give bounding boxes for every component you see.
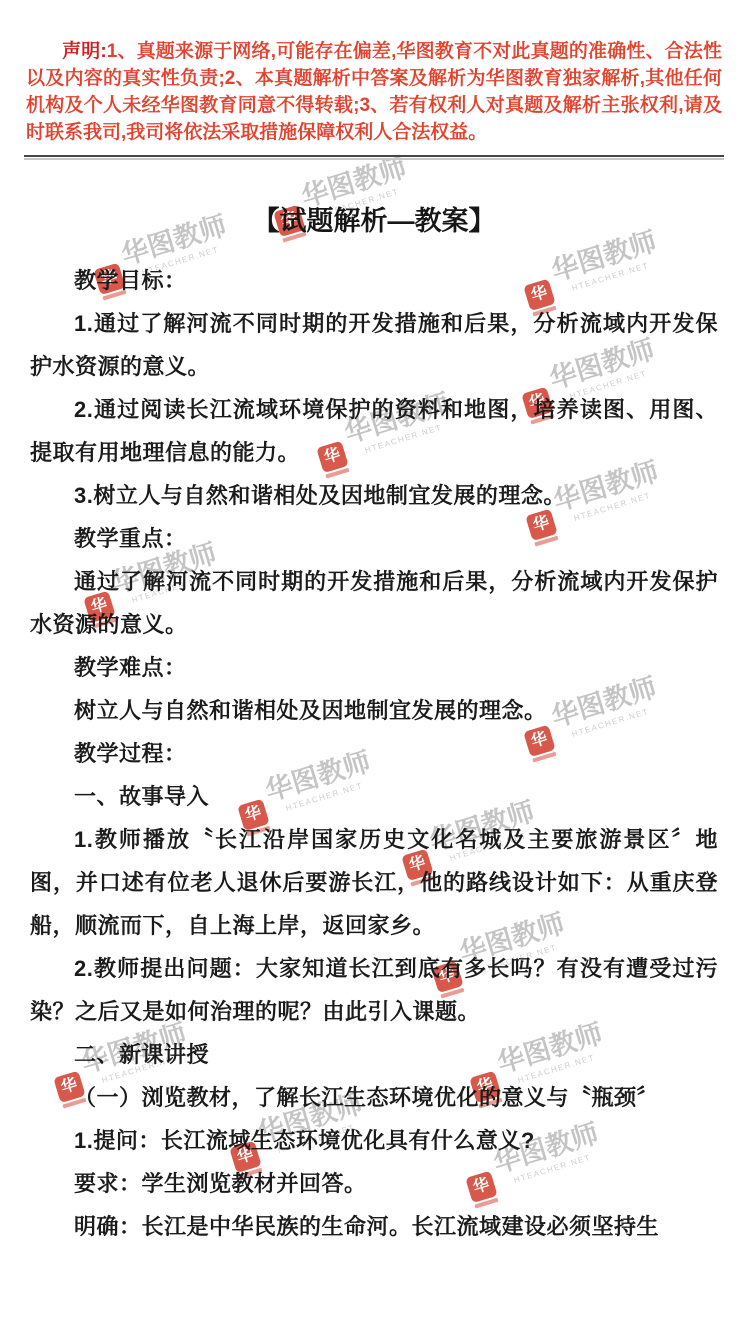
paragraph: 1.通过了解河流不同时期的开发措施和后果，分析流域内开发保护水资源的意义。 (30, 302, 718, 388)
paragraph: 2.通过阅读长江流域环境保护的资料和地图，培养读图、用图、提取有用地理信息的能力… (30, 388, 718, 474)
paragraph: 要求：学生浏览教材并回答。 (30, 1162, 718, 1205)
paragraph: 2.教师提出问题：大家知道长江到底有多长吗？有没有遭受过污染？之后又是如何治理的… (30, 947, 718, 1033)
divider-line (24, 155, 724, 157)
paragraph: （一）浏览教材，了解长江生态环境优化的意义与〝瓶颈〞 (30, 1076, 718, 1119)
page: { "page": { "disclaimer": { "label": "声明… (0, 0, 748, 1335)
disclaimer-label: 声明: (62, 41, 107, 62)
heading-teaching-key-points: 教学重点： (30, 517, 718, 560)
paragraph: 通过了解河流不同时期的开发措施和后果，分析流域内开发保护水资源的意义。 (30, 560, 718, 646)
disclaimer-text: 声明:1、真题来源于网络,可能存在偏差,华图教育不对此真题的准确性、合法性以及内… (0, 0, 748, 152)
heading-new-lesson: 二、新课讲授 (30, 1033, 718, 1076)
heading-teaching-process: 教学过程： (30, 732, 718, 775)
paragraph: 明确：长江是中华民族的生命河。长江流域建设必须坚持生 (30, 1205, 718, 1248)
document-body: 教学目标： 1.通过了解河流不同时期的开发措施和后果，分析流域内开发保护水资源的… (0, 259, 748, 1248)
paragraph: 树立人与自然和谐相处及因地制宜发展的理念。 (30, 689, 718, 732)
paragraph: 1.教师播放〝长江沿岸国家历史文化名城及主要旅游景区〞地图，并口述有位老人退休后… (30, 818, 718, 947)
document: 声明:1、真题来源于网络,可能存在偏差,华图教育不对此真题的准确性、合法性以及内… (0, 0, 748, 1248)
paragraph: 3.树立人与自然和谐相处及因地制宜发展的理念。 (30, 474, 718, 517)
heading-story-introduction: 一、故事导入 (30, 775, 718, 818)
paragraph: 1.提问：长江流域生态环境优化具有什么意义? (30, 1119, 718, 1162)
heading-teaching-difficulties: 教学难点： (30, 646, 718, 689)
disclaimer-body: 1、真题来源于网络,可能存在偏差,华图教育不对此真题的准确性、合法性以及内容的真… (26, 41, 722, 143)
heading-teaching-objectives: 教学目标： (30, 259, 718, 302)
page-title: 【试题解析—教案】 (0, 205, 748, 237)
